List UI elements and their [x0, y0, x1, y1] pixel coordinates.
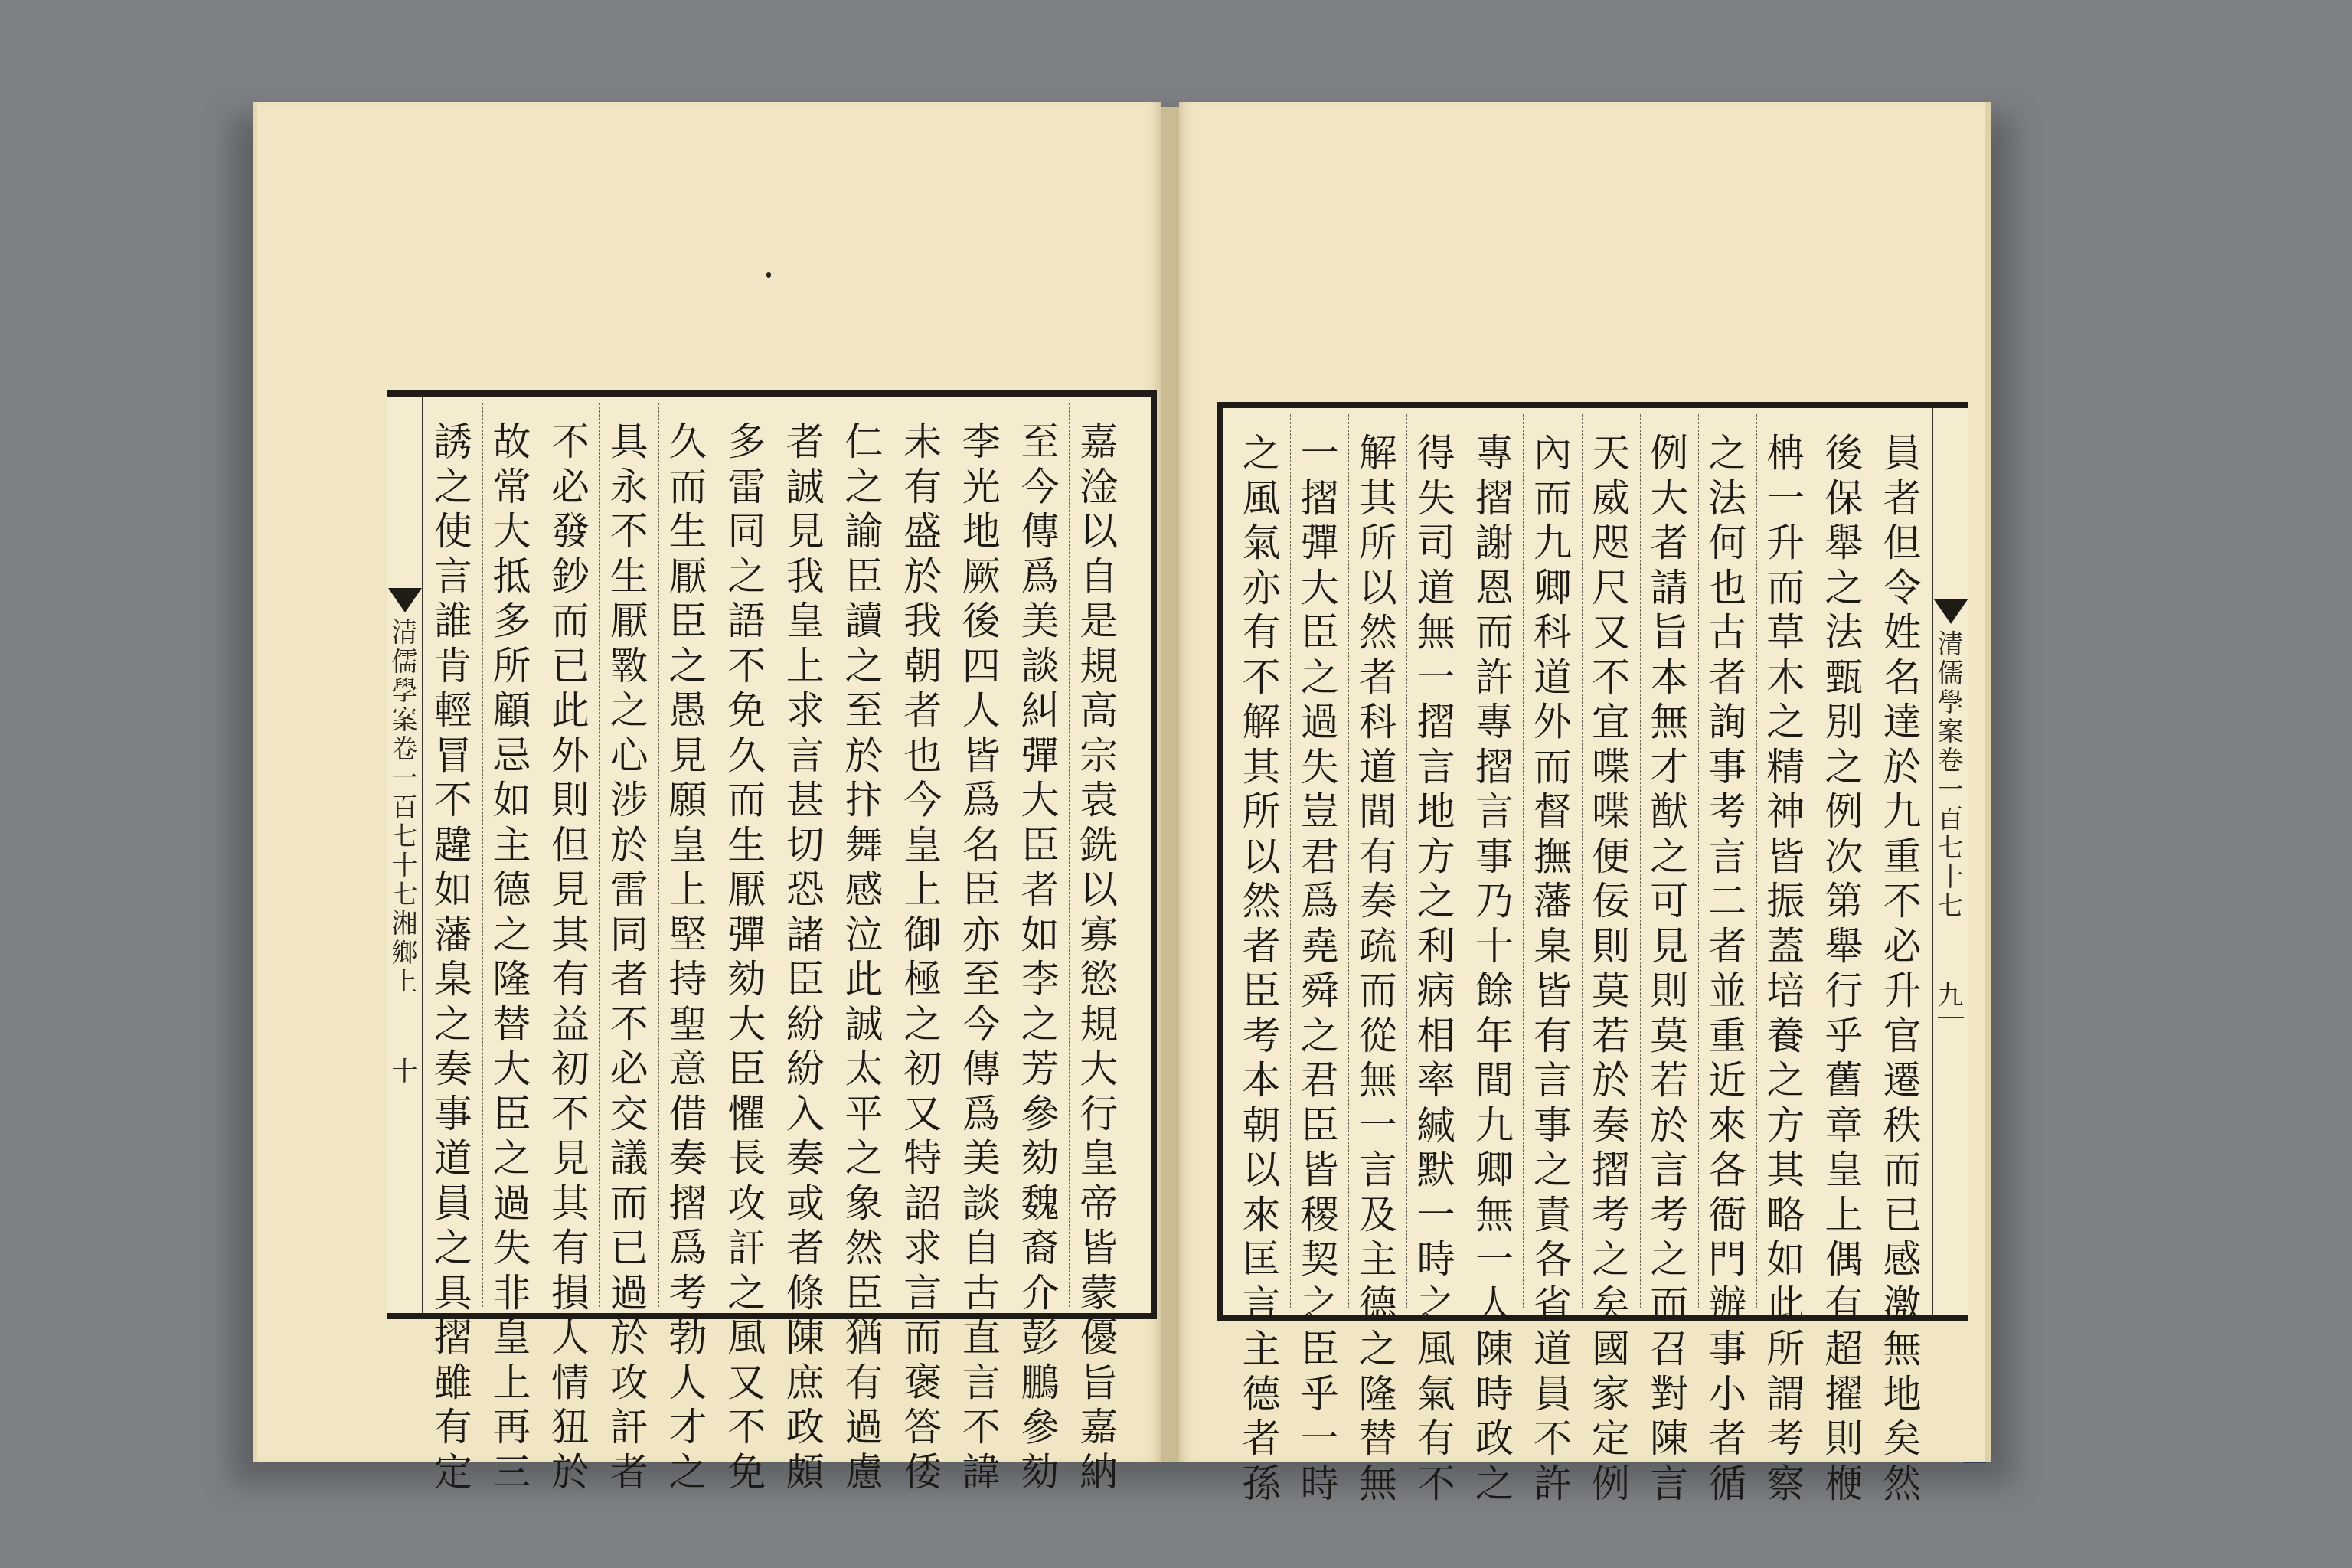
glyph: 其 [1766, 1148, 1805, 1193]
glyph: 爲 [1301, 879, 1339, 924]
glyph: 紛 [786, 1002, 825, 1047]
glyph: 彭 [1021, 1315, 1059, 1361]
glyph: 利 [1417, 924, 1455, 969]
glyph: 皇 [903, 823, 942, 868]
glyph: 九 [1534, 521, 1572, 566]
glyph: 喋 [1592, 745, 1630, 790]
glyph: 而 [1766, 566, 1805, 611]
glyph: 之 [434, 1002, 472, 1047]
glyph: 必 [551, 465, 590, 510]
glyph: 例 [1824, 789, 1863, 835]
glyph: 達 [1883, 700, 1921, 745]
glyph: 皇 [786, 599, 825, 644]
glyph: 方 [1766, 1103, 1805, 1148]
left-fold-column: 清儒學案卷一百七十七湘鄉上 十 [387, 397, 423, 1313]
glyph: 以 [1080, 509, 1118, 554]
glyph: 袁 [1080, 778, 1118, 823]
glyph: 氣 [1243, 521, 1281, 566]
glyph: 爲 [962, 778, 1001, 823]
glyph: 之 [1766, 700, 1805, 745]
glyph: 員 [434, 1181, 472, 1227]
glyph: 之 [1650, 835, 1688, 880]
glyph: 不 [551, 420, 590, 465]
fold-title-char: 一 [392, 764, 418, 793]
glyph: 恩 [1475, 566, 1514, 611]
glyph: 德 [492, 867, 531, 913]
glyph: 鈔 [551, 554, 590, 599]
right-page: 清儒學案卷一百七十七 九 員者但令姓名達於九重不必升官遷秩而已感激無地矣然後保舉… [1179, 102, 1991, 1462]
glyph: 有 [434, 1405, 472, 1450]
glyph: 而 [727, 778, 766, 823]
text-column: 至今傳爲美談糾彈大臣者如李之芳參劾魏裔介彭鵬參劾 [1011, 403, 1070, 1307]
glyph: 才 [668, 1405, 707, 1450]
glyph: 事 [434, 1092, 472, 1137]
glyph: 乃 [1475, 879, 1514, 924]
glyph: 乎 [1301, 1372, 1339, 1417]
glyph: 輕 [434, 688, 472, 733]
fold-title-char: 卷 [1938, 746, 1964, 776]
glyph: 旨 [1650, 610, 1688, 655]
glyph: 亦 [1243, 566, 1281, 611]
glyph: 行 [1080, 1092, 1118, 1137]
text-column: 一摺彈大臣之過失豈君爲堯舜之君臣皆稷契之臣乎一時 [1290, 414, 1348, 1308]
glyph: 擢 [1824, 1372, 1863, 1417]
fish-tail-mark-icon [388, 588, 422, 612]
glyph: 無 [1359, 1058, 1397, 1103]
glyph: 情 [551, 1361, 590, 1406]
glyph: 已 [551, 644, 590, 689]
text-column: 內而九卿科道外而督撫藩臬皆有言事之責各省道員不許 [1523, 414, 1581, 1308]
glyph: 許 [1534, 1462, 1572, 1507]
glyph: 初 [551, 1047, 590, 1092]
glyph: 道 [1417, 566, 1455, 611]
glyph: 芳 [1021, 1047, 1059, 1092]
glyph: 考 [1766, 1416, 1805, 1462]
glyph: 狃 [551, 1405, 590, 1450]
glyph: 專 [1475, 431, 1514, 476]
glyph: 不 [727, 644, 766, 689]
glyph: 皇 [668, 823, 707, 868]
glyph: 至 [1021, 420, 1059, 465]
glyph: 於 [1592, 1058, 1630, 1103]
glyph: 大 [727, 1002, 766, 1047]
glyph: 臣 [1301, 610, 1339, 655]
glyph: 偶 [1824, 1237, 1863, 1282]
glyph: 所 [1359, 521, 1397, 566]
glyph: 奏 [668, 1136, 707, 1181]
glyph: 則 [551, 778, 590, 823]
glyph: 時 [1301, 1462, 1339, 1507]
glyph: 辦 [1708, 1282, 1746, 1328]
glyph: 草 [1766, 610, 1805, 655]
glyph: 長 [727, 1136, 766, 1181]
glyph: 皆 [962, 733, 1001, 779]
glyph: 道 [434, 1136, 472, 1181]
glyph: 科 [1359, 700, 1397, 745]
glyph: 大 [1301, 566, 1339, 611]
glyph: 舜 [1301, 969, 1339, 1014]
glyph: 摺 [1475, 745, 1514, 790]
glyph: 者 [786, 1226, 825, 1271]
glyph: 彈 [1301, 521, 1339, 566]
glyph: 然 [1243, 879, 1281, 924]
glyph: 訐 [610, 1405, 648, 1450]
glyph: 法 [1708, 476, 1746, 521]
glyph: 政 [1475, 1416, 1514, 1462]
glyph: 超 [1824, 1327, 1863, 1372]
glyph: 李 [1021, 957, 1059, 1002]
glyph: 但 [1883, 521, 1921, 566]
glyph: 責 [1534, 1193, 1572, 1238]
glyph: 本 [1650, 655, 1688, 701]
glyph: 默 [1417, 1148, 1455, 1193]
glyph: 愚 [668, 688, 707, 733]
glyph: 之 [434, 465, 472, 510]
glyph: 者 [1708, 1416, 1746, 1462]
glyph: 雖 [434, 1361, 472, 1406]
glyph: 則 [1650, 969, 1688, 1014]
glyph: 之 [844, 465, 883, 510]
text-column: 之法何也古者詢事考言二者並重近來各衙門辦事小者循 [1698, 414, 1756, 1308]
glyph: 於 [1650, 1103, 1688, 1148]
glyph: 見 [1650, 924, 1688, 969]
glyph: 傳 [1021, 509, 1059, 554]
glyph: 宗 [1080, 733, 1118, 779]
glyph: 蓋 [1766, 924, 1805, 969]
glyph: 於 [844, 733, 883, 779]
glyph: 而 [1475, 610, 1514, 655]
glyph: 或 [786, 1181, 825, 1227]
glyph: 之 [1824, 745, 1863, 790]
glyph: 有 [1824, 1282, 1863, 1328]
glyph: 美 [962, 1136, 1001, 1181]
glyph: 不 [1534, 1416, 1572, 1462]
glyph: 以 [1243, 835, 1281, 880]
glyph: 升 [1766, 521, 1805, 566]
text-column: 仁之諭臣讀之至於抃舞感泣此誠太平之象然臣猶有過慮 [835, 403, 893, 1307]
glyph: 蒙 [1080, 1271, 1118, 1316]
glyph: 有 [1417, 1416, 1455, 1462]
glyph: 再 [492, 1405, 531, 1450]
glyph: 神 [1766, 789, 1805, 835]
glyph: 臣 [844, 1271, 883, 1316]
glyph: 皆 [1301, 1148, 1339, 1193]
glyph: 猷 [1650, 789, 1688, 835]
glyph: 持 [668, 957, 707, 1002]
glyph: 厭 [668, 554, 707, 599]
glyph: 之 [1301, 1282, 1339, 1328]
glyph: 益 [551, 1002, 590, 1047]
glyph: 之 [492, 913, 531, 958]
glyph: 事 [1475, 835, 1514, 880]
glyph: 考 [1708, 789, 1746, 835]
glyph: 堯 [1301, 924, 1339, 969]
glyph: 不 [1883, 879, 1921, 924]
glyph: 臣 [1021, 823, 1059, 868]
glyph: 間 [1475, 1058, 1514, 1103]
glyph: 契 [1301, 1237, 1339, 1282]
glyph: 古 [1708, 610, 1746, 655]
glyph: 卿 [1475, 1148, 1514, 1193]
glyph: 道 [1534, 655, 1572, 701]
glyph: 司 [1417, 521, 1455, 566]
glyph: 我 [903, 599, 942, 644]
glyph: 言 [1708, 835, 1746, 880]
glyph: 具 [610, 420, 648, 465]
glyph: 許 [1475, 655, 1514, 701]
glyph: 故 [492, 420, 531, 465]
glyph: 陳 [786, 1315, 825, 1361]
glyph: 言 [1534, 1058, 1572, 1103]
glyph: 臣 [668, 599, 707, 644]
glyph: 言 [1650, 1148, 1688, 1193]
glyph: 參 [1021, 1092, 1059, 1137]
glyph: 意 [668, 1047, 707, 1092]
glyph: 者 [1708, 655, 1746, 701]
glyph: 同 [610, 913, 648, 958]
glyph: 皆 [1534, 969, 1572, 1014]
glyph: 久 [727, 733, 766, 779]
glyph: 高 [1080, 688, 1118, 733]
left-fold-title: 清儒學案卷一百七十七湘鄉上 [392, 619, 418, 997]
glyph: 風 [727, 1315, 766, 1361]
glyph: 之 [844, 1136, 883, 1181]
glyph: 所 [1766, 1327, 1805, 1372]
glyph: 來 [1243, 1193, 1281, 1238]
glyph: 今 [1021, 465, 1059, 510]
glyph: 未 [903, 420, 942, 465]
glyph: 懼 [727, 1092, 766, 1137]
glyph: 發 [551, 509, 590, 554]
glyph: 考 [1243, 1014, 1281, 1059]
glyph: 臬 [434, 957, 472, 1002]
glyph: 初 [903, 1047, 942, 1092]
glyph: 以 [1080, 867, 1118, 913]
glyph: 之 [668, 1450, 707, 1495]
glyph: 本 [1243, 1058, 1281, 1103]
glyph: 失 [492, 1226, 531, 1271]
glyph: 無 [1883, 1327, 1921, 1372]
glyph: 匡 [1243, 1237, 1281, 1282]
glyph: 培 [1766, 969, 1805, 1014]
glyph: 之 [1417, 1282, 1455, 1328]
glyph: 諸 [786, 913, 825, 958]
glyph: 人 [668, 1361, 707, 1406]
glyph: 亦 [962, 913, 1001, 958]
glyph: 謝 [1475, 521, 1514, 566]
glyph: 讀 [844, 599, 883, 644]
glyph: 隆 [1359, 1372, 1397, 1417]
glyph: 摺 [434, 1315, 472, 1361]
glyph: 摺 [1301, 476, 1339, 521]
left-text-columns: 嘉淦以自是規高宗袁銑以寡慾規大行皇帝皆蒙優旨嘉納至今傳爲美談糾彈大臣者如李之芳參… [424, 403, 1128, 1307]
glyph: 自 [1080, 554, 1118, 599]
glyph: 國 [1592, 1327, 1630, 1372]
glyph: 小 [1708, 1372, 1746, 1417]
glyph: 彈 [1021, 733, 1059, 779]
glyph: 上 [492, 1361, 531, 1406]
glyph: 一 [1417, 1193, 1455, 1238]
glyph: 而 [610, 1181, 648, 1227]
glyph: 有 [551, 1226, 590, 1271]
fold-title-char: 七 [392, 822, 418, 851]
glyph: 考 [1650, 1193, 1688, 1238]
glyph: 厥 [962, 554, 1001, 599]
glyph: 地 [1417, 789, 1455, 835]
glyph: 別 [1824, 700, 1863, 745]
glyph: 特 [903, 1136, 942, 1181]
glyph: 此 [1766, 1282, 1805, 1328]
glyph: 甄 [1824, 655, 1863, 701]
glyph: 糾 [1021, 688, 1059, 733]
glyph: 略 [1766, 1193, 1805, 1238]
glyph: 衙 [1708, 1193, 1746, 1238]
fold-title-char: 湘 [392, 910, 418, 939]
glyph: 藩 [1534, 879, 1572, 924]
glyph: 定 [434, 1450, 472, 1495]
glyph: 員 [1883, 431, 1921, 476]
glyph: 魏 [1021, 1181, 1059, 1227]
glyph: 事 [1708, 745, 1746, 790]
glyph: 地 [962, 509, 1001, 554]
glyph: 平 [844, 1092, 883, 1137]
glyph: 例 [1592, 1462, 1630, 1507]
glyph: 於 [610, 823, 648, 868]
glyph: 藩 [434, 913, 472, 958]
glyph: 不 [962, 1405, 1001, 1450]
glyph: 又 [903, 1092, 942, 1137]
glyph: 而 [1534, 745, 1572, 790]
glyph: 相 [1417, 1014, 1455, 1059]
glyph: 召 [1650, 1327, 1688, 1372]
glyph: 之 [434, 1226, 472, 1271]
glyph: 之 [1021, 1002, 1059, 1047]
text-column: 久而生厭臣之愚見願皇上堅持聖意借奏摺爲考勃人才之 [658, 403, 717, 1307]
glyph: 姓 [1883, 610, 1921, 655]
glyph: 秩 [1883, 1103, 1921, 1148]
glyph: 如 [492, 778, 531, 823]
glyph: 行 [1824, 969, 1863, 1014]
glyph: 年 [1475, 1014, 1514, 1059]
glyph: 生 [668, 509, 707, 554]
glyph: 談 [1021, 644, 1059, 689]
text-column: 誘之使言誰肯輕冒不韙如藩臬之奏事道員之具摺雖有定 [424, 403, 482, 1307]
glyph: 言 [1243, 1282, 1281, 1328]
glyph: 今 [962, 1002, 1001, 1047]
glyph: 攻 [727, 1181, 766, 1227]
text-column: 得失司道無一摺言地方之利病相率緘默一時之風氣有不 [1406, 414, 1465, 1308]
fish-tail-mark-icon [1934, 599, 1968, 624]
glyph: 其 [551, 913, 590, 958]
glyph: 之 [1708, 431, 1746, 476]
glyph: 次 [1824, 835, 1863, 880]
glyph: 其 [1243, 745, 1281, 790]
text-column: 李光地厥後四人皆爲名臣亦至今傳爲美談自古直言不諱 [952, 403, 1011, 1307]
glyph: 各 [1708, 1148, 1746, 1193]
glyph: 其 [1359, 476, 1397, 521]
glyph: 者 [1243, 924, 1281, 969]
glyph: 上 [903, 867, 942, 913]
glyph: 人 [551, 1315, 590, 1361]
glyph: 上 [1824, 1193, 1863, 1238]
glyph: 之 [1534, 1148, 1572, 1193]
glyph: 宜 [1592, 700, 1630, 745]
glyph: 之 [1359, 1327, 1397, 1372]
text-column: 者誠見我皇上求言甚切恐諸臣紛紛入奏或者條陳庶政頗 [776, 403, 835, 1307]
glyph: 無 [1359, 1462, 1397, 1507]
glyph: 不 [1417, 1462, 1455, 1507]
glyph: 顧 [492, 688, 531, 733]
glyph: 內 [1534, 431, 1572, 476]
glyph: 必 [610, 1047, 648, 1092]
glyph: 一 [1359, 1103, 1397, 1148]
fold-title-char: 案 [392, 706, 418, 735]
glyph: 此 [551, 688, 590, 733]
glyph: 天 [1592, 431, 1630, 476]
glyph: 替 [1359, 1416, 1397, 1462]
glyph: 朝 [1243, 1103, 1281, 1148]
glyph: 不 [727, 1405, 766, 1450]
glyph: 也 [1708, 566, 1746, 611]
glyph: 恐 [786, 867, 825, 913]
glyph: 之 [1301, 1014, 1339, 1059]
glyph: 多 [492, 599, 531, 644]
glyph: 諱 [962, 1450, 1001, 1495]
glyph: 免 [727, 688, 766, 733]
glyph: 而 [551, 599, 590, 644]
glyph: 人 [1475, 1282, 1514, 1328]
glyph: 後 [962, 599, 1001, 644]
glyph: 之 [1301, 655, 1339, 701]
glyph: 奏 [434, 1047, 472, 1092]
fold-title-char: 上 [392, 968, 418, 997]
glyph: 風 [1417, 1327, 1455, 1372]
glyph: 率 [1417, 1058, 1455, 1103]
glyph: 言 [1359, 1148, 1397, 1193]
glyph: 見 [668, 733, 707, 779]
glyph: 銑 [1080, 823, 1118, 868]
glyph: 事 [1534, 1103, 1572, 1148]
glyph: 言 [434, 554, 472, 599]
glyph: 風 [1243, 476, 1281, 521]
glyph: 如 [434, 867, 472, 913]
glyph: 升 [1883, 969, 1921, 1014]
glyph: 倭 [903, 1450, 942, 1495]
fold-title-char: 卷 [392, 735, 418, 764]
glyph: 來 [1708, 1103, 1746, 1148]
glyph: 一 [1301, 1416, 1339, 1462]
glyph: 如 [1766, 1237, 1805, 1282]
glyph: 雷 [610, 867, 648, 913]
text-column: 具永不生厭斁之心涉於雷同者不必交議而已過於攻訐者 [599, 403, 658, 1307]
glyph: 多 [727, 420, 766, 465]
glyph: 一 [1417, 655, 1455, 701]
glyph: 裔 [1021, 1226, 1059, 1271]
glyph: 過 [610, 1271, 648, 1316]
glyph: 撫 [1534, 835, 1572, 880]
glyph: 言 [1650, 1462, 1688, 1507]
glyph: 方 [1417, 835, 1455, 880]
left-folio-number: 十 [392, 1050, 418, 1093]
glyph: 李 [962, 420, 1001, 465]
glyph: 優 [1080, 1315, 1118, 1361]
glyph: 同 [727, 509, 766, 554]
glyph: 頗 [786, 1450, 825, 1495]
glyph: 直 [962, 1315, 1001, 1361]
glyph: 名 [1883, 655, 1921, 701]
glyph: 淦 [1080, 465, 1118, 510]
glyph: 慾 [1080, 957, 1118, 1002]
